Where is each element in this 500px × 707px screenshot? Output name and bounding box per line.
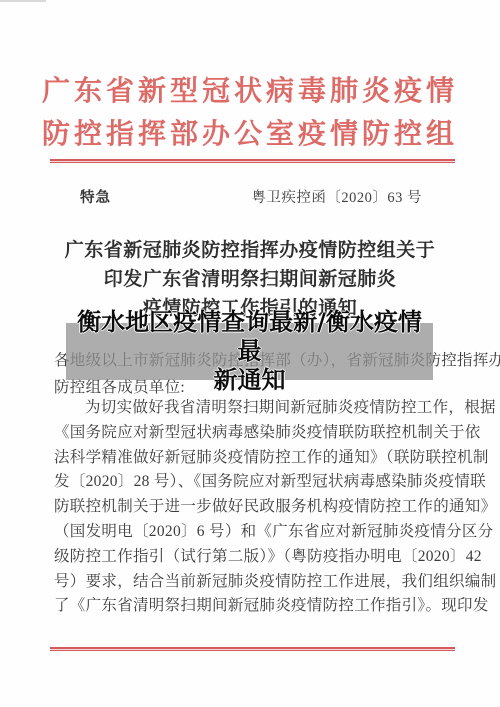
body-line: （国发明电〔2020〕6 号）和《广东省应对新冠肺炎疫情分区分 <box>54 520 458 545</box>
watermark-caption-text: 衡水地区疫情查询最新/衡水疫情最 新通知 <box>66 308 433 395</box>
title-line-1: 广东省新冠肺炎防控指挥办疫情防控组关于 <box>0 236 500 265</box>
watermark-caption-overlay: 衡水地区疫情查询最新/衡水疫情最 新通知 <box>66 323 433 380</box>
body-line: 了《广东省清明祭扫期间新冠肺炎疫情防控工作指引》。现印发 <box>54 594 458 619</box>
body-line: 法科学精准做好新冠肺炎疫情防控工作的通知》（联防联控机制 <box>54 446 458 471</box>
body-line: 级防控工作指引（试行第二版）》（粤防疫指办明电〔2020〕42 <box>54 545 458 570</box>
title-line-2: 印发广东省清明祭扫期间新冠肺炎 <box>0 265 500 294</box>
body-paragraph: 为切实做好我省清明祭扫期间新冠肺炎疫情防控工作，根据 《国务院应对新型冠状病毒感… <box>54 396 458 619</box>
body-line: 号）要求，结合当前新冠肺炎疫情防控工作进展，我们组织编制 <box>54 570 458 595</box>
scan-artifact-smudge <box>0 0 46 2</box>
body-line: 为切实做好我省清明祭扫期间新冠肺炎疫情防控工作，根据 <box>54 396 458 421</box>
meta-row: 特急 粤卫疾控函〔2020〕63 号 <box>80 186 422 207</box>
letterhead: 广东省新型冠状病毒肺炎疫情 防控指挥部办公室疫情防控组 <box>0 70 500 156</box>
footer-red-rule <box>50 647 455 651</box>
letterhead-line-1: 广东省新型冠状病毒肺炎疫情 <box>0 70 500 113</box>
scanned-document-page: 广东省新型冠状病毒肺炎疫情 防控指挥部办公室疫情防控组 特急 粤卫疾控函〔202… <box>0 0 500 707</box>
letterhead-line-2: 防控指挥部办公室疫情防控组 <box>0 113 500 156</box>
body-line: 《国务院应对新型冠状病毒感染肺炎疫情联防联控机制关于依 <box>54 421 458 446</box>
caption-line-2: 新通知 <box>66 366 433 395</box>
header-red-rule <box>50 159 455 163</box>
body-line: 发〔2020〕28 号）、《国务院应对新型冠状病毒感染肺炎疫情联 <box>54 470 458 495</box>
urgency-label: 特急 <box>80 186 111 207</box>
caption-line-1: 衡水地区疫情查询最新/衡水疫情最 <box>66 308 433 366</box>
body-line: 防联控机制关于进一步做好民政服务机构疫情防控工作的通知》 <box>54 495 458 520</box>
document-number: 粤卫疾控函〔2020〕63 号 <box>251 186 422 207</box>
